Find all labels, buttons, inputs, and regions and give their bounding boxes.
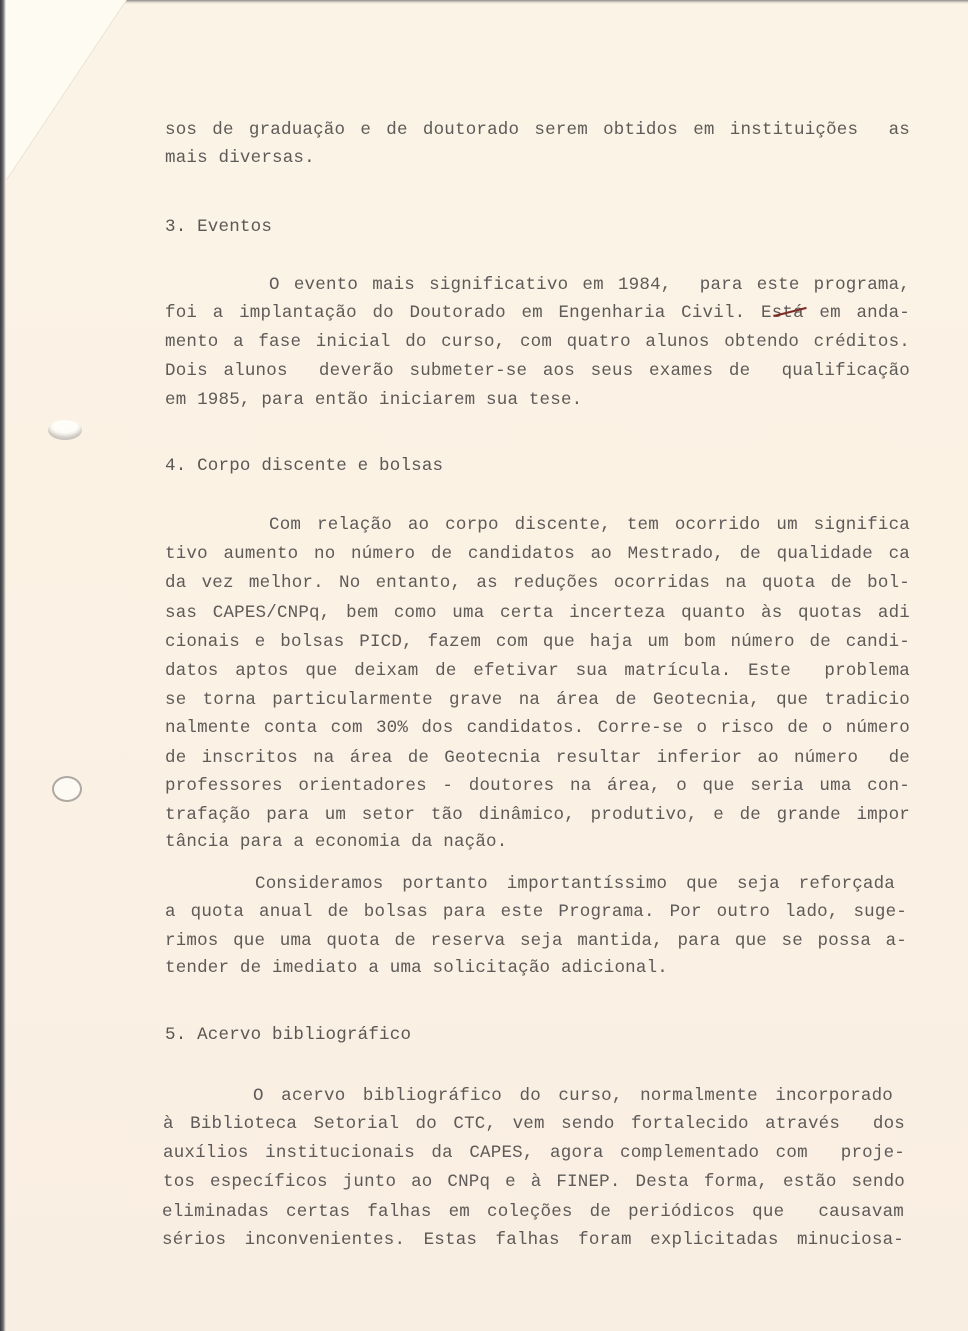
body-line: tender de imediato a uma solicitação adi…	[165, 956, 668, 980]
body-line: cionais e bolsas PICD, fazem com que haj…	[165, 630, 910, 654]
body-line: Dois alunos deverão submeter-se aos seus…	[165, 359, 910, 383]
body-line: sérios inconvenientes. Estas falhas fora…	[162, 1228, 904, 1252]
punch-hole-lower	[52, 776, 82, 802]
body-line: professores orientadores - doutores na á…	[165, 774, 910, 798]
body-line: da vez melhor. No entanto, as reduções o…	[165, 571, 910, 595]
body-line: Com relação ao corpo discente, tem ocorr…	[269, 513, 910, 537]
body-line: Consideramos portanto importantíssimo qu…	[255, 872, 895, 896]
body-line: sas CAPES/CNPq, bem como uma certa incer…	[165, 601, 910, 625]
body-line: rimos que uma quota de reserva seja mant…	[165, 929, 907, 953]
body-line: tância para a economia da nação.	[165, 830, 507, 854]
section-heading-acervo: 5. Acervo bibliográfico	[165, 1023, 411, 1047]
body-line: nalmente conta com 30% dos candidatos. C…	[165, 716, 910, 740]
body-line: à Biblioteca Setorial do CTC, vem sendo …	[163, 1112, 905, 1136]
body-line: a quota anual de bolsas para este Progra…	[165, 900, 907, 924]
body-line: O acervo bibliográfico do curso, normalm…	[253, 1084, 893, 1108]
scanner-edge	[0, 0, 6, 1331]
body-line: O evento mais significativo em 1984, par…	[269, 273, 910, 297]
body-line-with-correction: foi a implantação do Doutorado em Engenh…	[165, 301, 910, 325]
punch-hole-upper	[48, 420, 82, 440]
page-top-edge	[120, 0, 968, 4]
body-line: tos específicos junto ao CNPq e à FINEP.…	[163, 1170, 905, 1194]
body-line: em 1985, para então iniciarem sua tese.	[165, 388, 582, 412]
body-line: datos aptos que deixam de efetivar sua m…	[165, 659, 910, 683]
section-heading-eventos: 3. Eventos	[165, 215, 272, 239]
body-line: sos de graduação e de doutorado serem ob…	[165, 118, 910, 142]
body-line: eliminadas certas falhas em coleções de …	[162, 1200, 904, 1224]
body-line: tivo aumento no número de candidatos ao …	[165, 542, 910, 566]
body-line: mais diversas.	[165, 146, 315, 170]
folded-corner	[6, 0, 126, 180]
body-line: auxílios institucionais da CAPES, agora …	[163, 1141, 905, 1165]
section-heading-corpo-discente: 4. Corpo discente e bolsas	[165, 454, 443, 478]
body-line: de inscritos na área de Geotecnia result…	[165, 746, 910, 770]
body-line: se torna particularmente grave na área d…	[165, 688, 910, 712]
body-line: trafação para um setor tão dinâmico, pro…	[165, 803, 910, 827]
body-line: mento a fase inicial do curso, com quatr…	[165, 330, 910, 354]
